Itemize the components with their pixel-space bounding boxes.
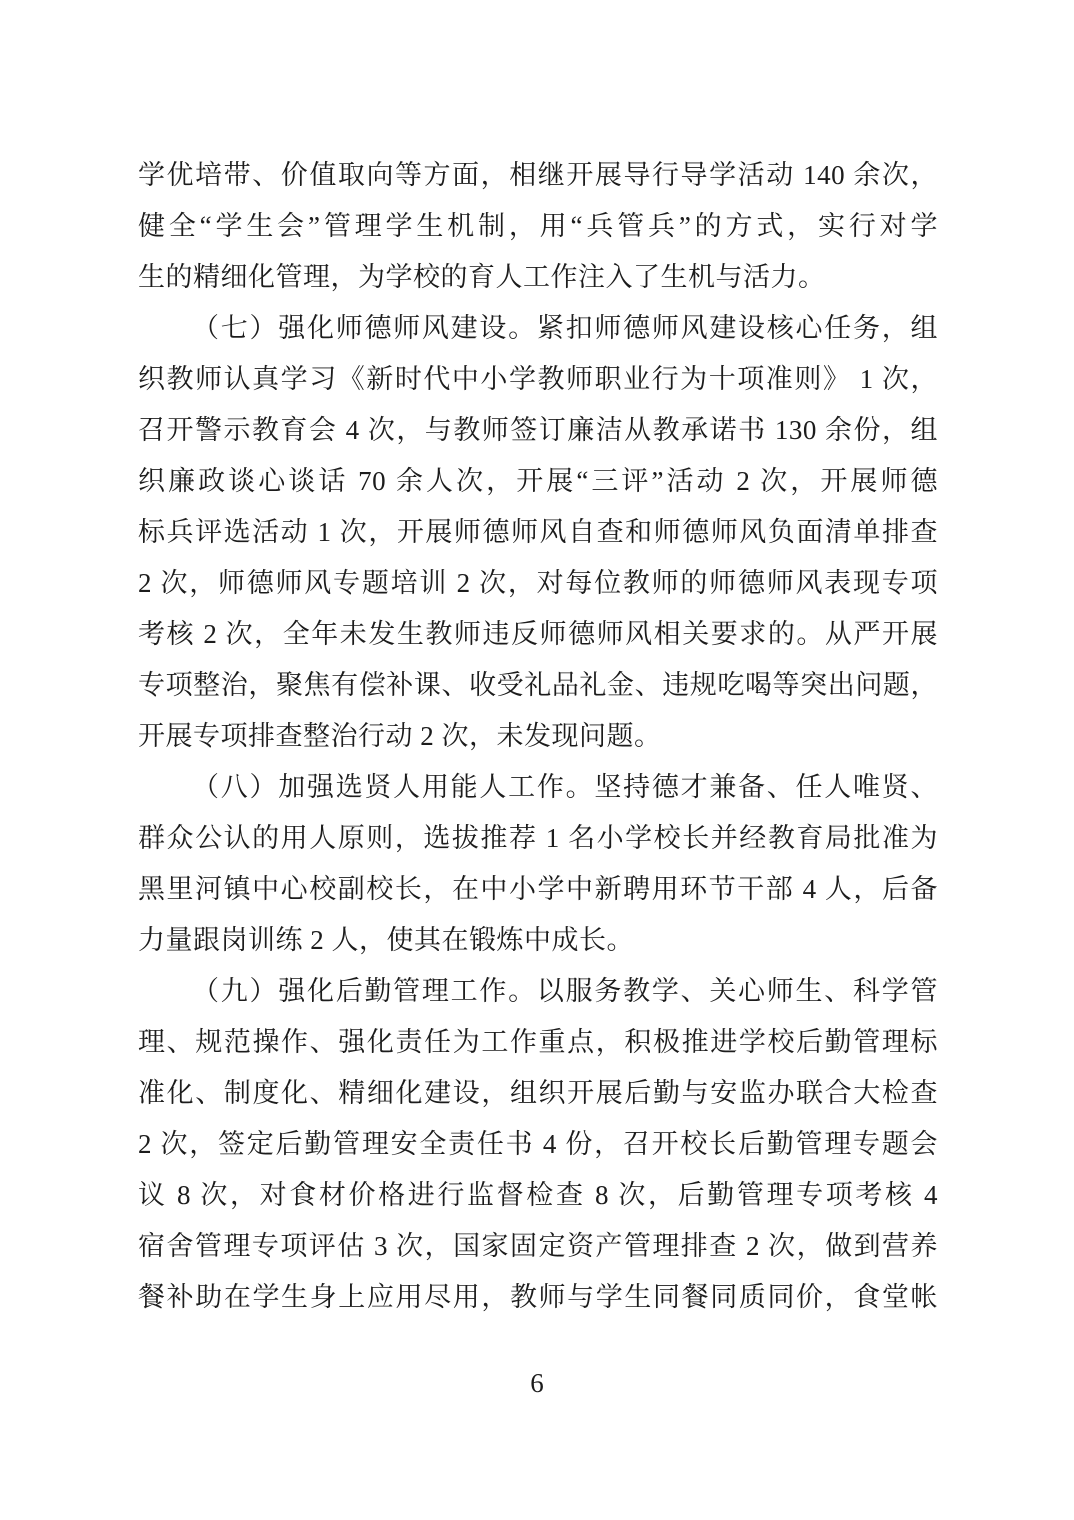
text-line: 准化、制度化、精细化建设，组织开展后勤与安监办联合大检查 [138, 1068, 938, 1119]
text-line: 开展专项排查整治行动 2 次，未发现问题。 [138, 711, 938, 762]
text-line: 力量跟岗训练 2 人，使其在锻炼中成长。 [138, 915, 938, 966]
text-line: 生的精细化管理，为学校的育人工作注入了生机与活力。 [138, 252, 938, 303]
text-line: 专项整治，聚焦有偿补课、收受礼品礼金、违规吃喝等突出问题， [138, 660, 938, 711]
text-line: 学优培带、价值取向等方面，相继开展导行导学活动 140 余次， [138, 150, 938, 201]
text-line: （八）加强选贤人用能人工作。坚持德才兼备、任人唯贤、 [138, 762, 938, 813]
text-line: 织廉政谈心谈话 70 余人次，开展“三评”活动 2 次，开展师德 [138, 456, 938, 507]
document-body: 学优培带、价值取向等方面，相继开展导行导学活动 140 余次，健全“学生会”管理… [138, 150, 938, 1323]
document-page: 学优培带、价值取向等方面，相继开展导行导学活动 140 余次，健全“学生会”管理… [0, 0, 1074, 1520]
text-line: 理、规范操作、强化责任为工作重点，积极推进学校后勤管理标 [138, 1017, 938, 1068]
text-line: 织教师认真学习《新时代中小学教师职业行为十项准则》 1 次， [138, 354, 938, 405]
text-line: 宿舍管理专项评估 3 次，国家固定资产管理排查 2 次，做到营养 [138, 1221, 938, 1272]
text-line: 餐补助在学生身上应用尽用，教师与学生同餐同质同价，食堂帐 [138, 1272, 938, 1323]
text-line: 健全“学生会”管理学生机制，用“兵管兵”的方式，实行对学 [138, 201, 938, 252]
text-line: （九）强化后勤管理工作。以服务教学、关心师生、科学管 [138, 966, 938, 1017]
text-line: 议 8 次，对食材价格进行监督检查 8 次，后勤管理专项考核 4 次， [138, 1170, 938, 1221]
text-line: 考核 2 次，全年未发生教师违反师德师风相关要求的。从严开展 [138, 609, 938, 660]
text-line: 标兵评选活动 1 次，开展师德师风自查和师德师风负面清单排查 [138, 507, 938, 558]
text-line: 群众公认的用人原则，选拔推荐 1 名小学校长并经教育局批准为 [138, 813, 938, 864]
text-line: 黑里河镇中心校副校长，在中小学中新聘用环节干部 4 人，后备 [138, 864, 938, 915]
page-number: 6 [0, 1366, 1074, 1400]
text-line: 2 次，签定后勤管理安全责任书 4 份，召开校长后勤管理专题会 [138, 1119, 938, 1170]
text-line: （七）强化师德师风建设。紧扣师德师风建设核心任务，组 [138, 303, 938, 354]
text-line: 召开警示教育会 4 次，与教师签订廉洁从教承诺书 130 余份，组 [138, 405, 938, 456]
text-line: 2 次，师德师风专题培训 2 次，对每位教师的师德师风表现专项 [138, 558, 938, 609]
